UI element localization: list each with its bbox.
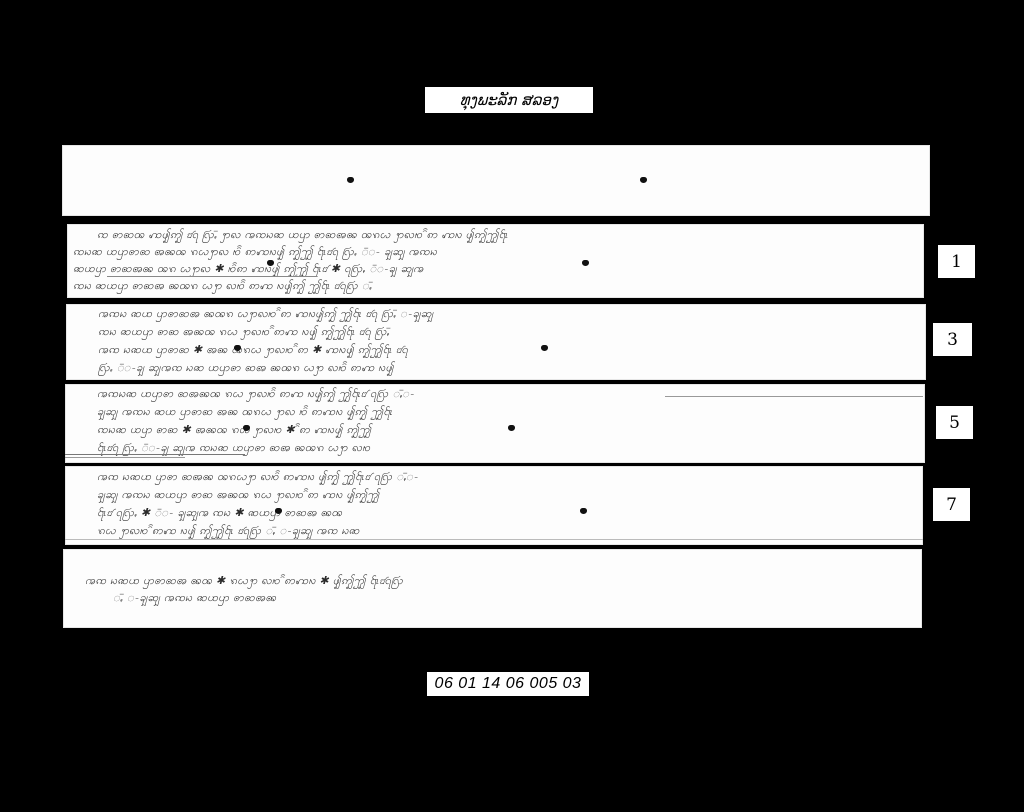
string-hole-right xyxy=(640,177,647,183)
leaf-text-line: ꩡꩢꩣ ꩤꩥꩦꩧ ꩨꩩꩪ ꩫꩬꩭꩮ ꩯꩰ ꩱꩲꩳꩴ ꩵꩶ ꩷꩸꩹ ꩺꩻ ꩼꩽ ꩾ… xyxy=(67,245,924,261)
leaf-text-line: ꩡꩢ ꩣꩤꩥ ꩦꩧꩨ ꩩꩪꩫ ꩬꩭ ꩮꩯꩰ ꩱꩲ ꩳꩴꩵ ꩶ꩷ ꩸꩹ꩺ ꩻꩼ xyxy=(67,279,924,295)
string-hole-left xyxy=(243,425,250,431)
string-hole-right xyxy=(541,345,548,351)
leaf-text-line: ꩠꩡ ꩢꩣꩤ ꩥꩦ ꩧꩨꩩ ꩪꩫꩬꩭ ꩮꩯꩰ ꩱꩲꩳ ꩴꩵ ꩶ꩷꩸ ꩹ꩺ ꩻꩼꩽ xyxy=(65,470,923,486)
string-hole-right xyxy=(582,260,589,266)
leaf-text-line: ꩺꩻ ꩼꩽꩾ ꩿꩠꩡ ꩢꩣ ꩤꩥꩦ ꩧꩨ ꩩꩪꩫ ꩬꩭ ꩮꩯꩰ ꩱꩲ ꩳꩴ xyxy=(66,361,926,377)
palm-leaf-5: ꩠꩡꩢꩣ ꩤꩥꩦ ꩧꩨꩩꩪ ꩫꩬ ꩭꩮꩯꩰ ꩱꩲ ꩳꩴꩵ ꩶ꩷꩸ ꩹ꩺ ꩻꩼꩽ … xyxy=(65,384,925,463)
leaf-text-line: ꩡ ꩦꩧꩪ ꩲꩴꩵ ꩸꩹ ꩺꩻꩼ ꩭꩮ ꩠꩡꩢꩣ ꩤꩥ ꩦꩧꩨꩩ ꩪꩫꩬ ꩭꩮꩯ… xyxy=(67,228,924,244)
page-number-label: 1 xyxy=(938,245,975,278)
leaf-text-line: ꩾꩿ ꩠꩡꩢ ꩣꩤ ꩥꩦꩧ ꩨꩩ ꩪꩫꩬ ꩭꩮ ꩯꩰ ꩱꩲꩳ ꩴꩵ ꩶ꩷ xyxy=(65,405,925,421)
palm-leaf-1: ꩡ ꩦꩧꩪ ꩲꩴꩵ ꩸꩹ ꩺꩻꩼ ꩭꩮ ꩠꩡꩢꩣ ꩤꩥ ꩦꩧꩨꩩ ꩪꩫꩬ ꩭꩮꩯ… xyxy=(67,224,924,298)
ruling-line xyxy=(107,276,317,277)
ruling-line xyxy=(665,396,923,397)
ruling-line xyxy=(65,454,245,455)
palm-leaf-cover xyxy=(62,145,930,216)
page-number-label: 3 xyxy=(933,323,972,356)
leaf-text-line: ꩠꩡ ꩢꩣꩤ ꩥꩦꩧꩨ ꩩꩪ ✱ ꩫꩬꩭ ꩮꩯ ꩰꩱꩲꩳ ✱ ꩴꩵꩶ ꩷꩸꩹ꩺ xyxy=(63,574,922,590)
leaf-text-line: ꩠꩡꩢꩣ ꩤꩥꩦ ꩧꩨꩩꩪ ꩫꩬ ꩭꩮꩯꩰ ꩱꩲ ꩳꩴꩵ ꩶ꩷꩸ ꩹ꩺ ꩻꩼꩽ xyxy=(65,387,925,403)
page-number-label: 5 xyxy=(936,406,973,439)
string-hole-left xyxy=(275,508,282,514)
string-hole-right xyxy=(580,508,587,514)
page-number-label: 7 xyxy=(933,488,970,521)
catalog-id-label: 06 01 14 06 005 03 xyxy=(427,672,589,696)
palm-leaf-7: ꩠꩡ ꩢꩣꩤ ꩥꩦ ꩧꩨꩩ ꩪꩫꩬꩭ ꩮꩯꩰ ꩱꩲꩳ ꩴꩵ ꩶ꩷꩸ ꩹ꩺ ꩻꩼꩽ… xyxy=(65,466,923,545)
leaf-text-line: ꩫꩬ ꩭꩮꩯ ꩰꩱꩲ ꩳꩴ ꩵꩶ꩷ ꩸꩹ꩺ ꩻꩼ ꩽꩾꩿ ꩠꩡ ꩢꩣ xyxy=(65,524,923,540)
palm-leaf-3: ꩠꩡꩢ ꩣꩤ ꩥꩦꩧꩨ ꩩꩪꩫ ꩬꩭꩮꩯ ꩰꩱ ꩲꩳꩴꩵ ꩶ꩷ ꩸꩹ ꩺꩻꩼ ꩽ… xyxy=(66,304,926,380)
leaf-text-line: ꩻꩼ ꩽꩾꩿ ꩠꩡꩢ ꩣꩤꩥ ꩦꩧꩨꩩ xyxy=(63,591,922,607)
ruling-line xyxy=(65,457,185,458)
string-hole-left xyxy=(347,177,354,183)
palm-leaf-colophon: ꩠꩡ ꩢꩣꩤ ꩥꩦꩧꩨ ꩩꩪ ✱ ꩫꩬꩭ ꩮꩯ ꩰꩱꩲꩳ ✱ ꩴꩵꩶ ꩷꩸꩹ꩺ … xyxy=(63,549,922,628)
leaf-text-line: ꩠꩡ ꩢꩣꩤ ꩥꩦꩧ ✱ ꩨꩩ ꩪꩫꩬ ꩭꩮꩯ ꩰꩱ ✱ ꩲꩳꩴ ꩵꩶ꩷ ꩸꩹ xyxy=(66,343,926,359)
ruling-line xyxy=(65,539,923,540)
leaf-text-line: ꩡꩢꩣ ꩤꩥ ꩦꩧ ✱ ꩨꩩꩪ ꩫꩬ ꩭꩮꩯ ✱ ꩰꩱ ꩲꩳꩴ ꩵꩶ xyxy=(65,423,925,439)
leaf-text-line: ꩠꩡꩢ ꩣꩤ ꩥꩦꩧꩨ ꩩꩪꩫ ꩬꩭꩮꩯ ꩰꩱ ꩲꩳꩴꩵ ꩶ꩷ ꩸꩹ ꩺꩻꩼ ꩽ… xyxy=(66,307,926,323)
leaf-text-line: ꩷꩸ ꩹ꩺꩻ ✱ ꩼꩽ ꩾꩿꩠ ꩡꩢ ✱ ꩣꩤꩥ ꩦꩧꩨ ꩩꩪ xyxy=(65,506,923,522)
string-hole-left xyxy=(234,345,241,351)
leaf-text-line: ꩡꩢ ꩣꩤꩥ ꩦꩧ ꩨꩩꩪ ꩫꩬ ꩭꩮꩯ ꩰꩱꩲ ꩳꩴ ꩵꩶ꩷ ꩸꩹ ꩺꩻꩼ xyxy=(66,325,926,341)
string-hole-left xyxy=(267,260,274,266)
leaf-text-line: ꩾꩿ ꩠꩡꩢ ꩣꩤꩥ ꩦꩧ ꩨꩩꩪ ꩫꩬ ꩭꩮꩯ ꩰꩱ ꩲꩳ ꩴꩵꩶ xyxy=(65,488,923,504)
string-hole-right xyxy=(508,425,515,431)
manuscript-title-label: ທຸງພະລັກ ສລອງ xyxy=(425,87,593,113)
